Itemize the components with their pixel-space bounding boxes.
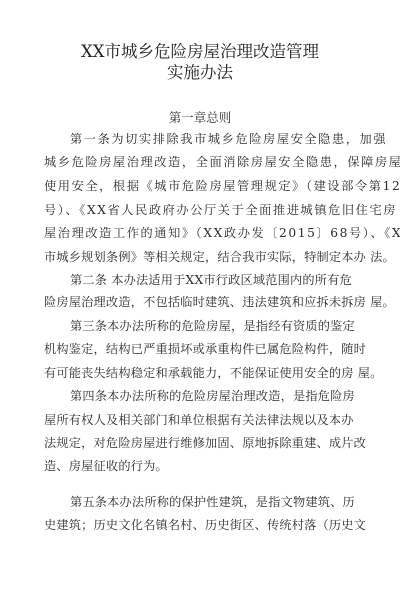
article-5-line-1: 第五条本办法所称的保护性建筑，是指文物建筑、历 xyxy=(70,494,355,510)
article-1-line-3: 使用安全，根据《城市危险房屋管理规定》（建设部令第129 xyxy=(44,178,400,194)
article-4-line-4: 造、房屋征收的行为。 xyxy=(44,458,168,474)
article-2-line-1: 第二条 本办法适用于XX市行政区域范围内的所有危 xyxy=(70,272,352,288)
article-1-line-2: 城乡危险房屋治理改造，全面消除房屋安全隐患，保障房屋 xyxy=(44,154,400,170)
document-title-line-2: 实施办法 xyxy=(0,63,400,83)
article-1-line-4: 号）、《XX省人民政府办公厅关于全面推进城镇危旧住宅房 xyxy=(44,202,397,218)
chapter-heading: 第一章总则 xyxy=(0,110,400,126)
article-3-line-1: 第三条本办法所称的危险房屋，是指经有资质的鉴定 xyxy=(70,318,355,334)
article-3-line-3: 有可能丧失结构稳定和承载能力，不能保证使用安全的房 屋。 xyxy=(44,365,383,381)
article-5-line-2: 史建筑；历史文化名镇名村、历史街区、传统村落（历史文 xyxy=(44,517,366,533)
document-title-line-1: XX市城乡危险房屋治理改造管理 xyxy=(0,42,400,62)
document-page: XX市城乡危险房屋治理改造管理 实施办法 第一章总则 第一条为切实排除我市城乡危… xyxy=(0,0,400,591)
article-2-line-2: 险房屋治理改造，不包括临时建筑、违法建筑和应拆未拆房 屋。 xyxy=(44,294,395,310)
article-4-line-2: 屋所有权人及相关部门和单位根据有关法律法规以及本办 xyxy=(44,412,354,428)
article-3-line-2: 机构鉴定，结构已严重损坏或承重构件已属危险构件，随时 xyxy=(44,341,366,357)
article-4-line-3: 法规定，对危险房屋进行维修加固、原地拆除重建、成片改 xyxy=(44,435,366,451)
article-1-line-1: 第一条为切实排除我市城乡危险房屋安全隐患，加强 xyxy=(70,131,387,147)
article-4-line-1: 第四条本办法所称的危险房屋治理改造，是指危险房 xyxy=(70,388,355,404)
article-1-line-5: 屋治理改造工作的通知》（XX政办发〔2015〕68号）、《XX xyxy=(44,225,400,241)
article-1-line-6: 市城乡规划条例》等相关规定，结合我市实际，特制定本办 法。 xyxy=(44,249,395,265)
